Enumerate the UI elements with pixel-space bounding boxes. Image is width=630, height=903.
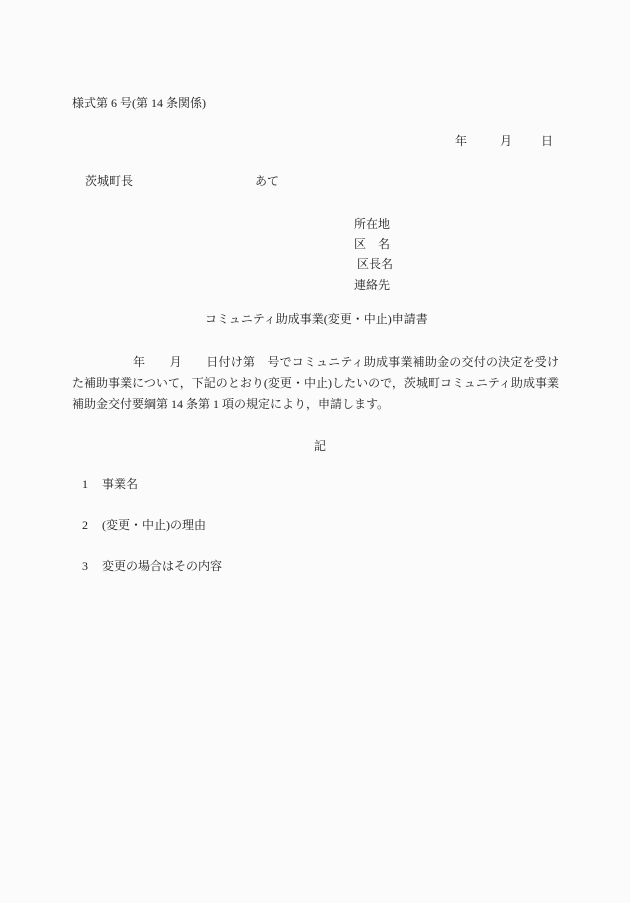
recipient-line: 茨城町長あて (85, 174, 279, 189)
item-number: 1 (82, 477, 102, 492)
date-line: 年月日 (455, 134, 553, 149)
item-number: 3 (82, 559, 102, 574)
item-label: (変更・中止)の理由 (102, 518, 206, 533)
date-month-label: 月 (500, 134, 512, 148)
item-label: 事業名 (102, 477, 138, 492)
form-number: 様式第 6 号(第 14 条関係) (72, 96, 206, 111)
document-title: コミュニティ助成事業(変更・中止)申請書 (205, 312, 428, 327)
sender-district-name-label: 区 名 (354, 237, 393, 257)
record-marker: 記 (314, 439, 326, 454)
recipient-name: 茨城町長 (85, 174, 133, 188)
item-number: 2 (82, 518, 102, 533)
list-item-change-details: 3 変更の場合はその内容 (82, 559, 222, 574)
date-day-label: 日 (541, 134, 553, 148)
sender-contact-label: 連絡先 (354, 278, 393, 298)
date-year-label: 年 (455, 134, 467, 148)
sender-block: 所在地 区 名 区長名 連絡先 (354, 217, 393, 298)
body-paragraph: 年 月 日付け第 号でコミュニティ助成事業補助金の交付の決定を受けた補助事業につ… (72, 352, 559, 414)
sender-district-head-label: 区長名 (354, 257, 393, 277)
item-label: 変更の場合はその内容 (102, 559, 222, 574)
document-page: 様式第 6 号(第 14 条関係) 年月日 茨城町長あて 所在地 区 名 区長名… (0, 0, 630, 903)
recipient-suffix: あて (255, 174, 279, 188)
list-item-change-reason: 2 (変更・中止)の理由 (82, 518, 206, 533)
list-item-project-name: 1 事業名 (82, 477, 138, 492)
sender-address-label: 所在地 (354, 217, 393, 237)
